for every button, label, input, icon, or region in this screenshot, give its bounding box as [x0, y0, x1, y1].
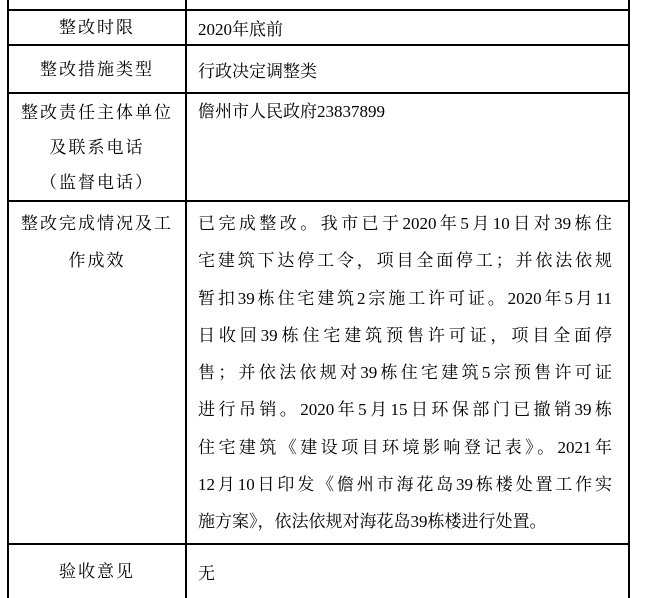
acceptance-value-cell: 无 — [187, 545, 630, 598]
partial-row-top-label-cell — [9, 0, 187, 11]
completion-value-cell: 已完成整改。我市已于2020年5月10日对39栋住 宅建筑下达停工令，项目全面停… — [187, 202, 630, 545]
completion-line-4: 日收回39栋住宅建筑预售许可证，项目全面停 — [198, 317, 612, 354]
acceptance-value: 无 — [198, 559, 215, 584]
measure-type-value-cell: 行政决定调整类 — [187, 46, 630, 94]
responsible-unit-label-line3: （监督电话） — [40, 165, 154, 200]
completion-label-cell: 整改完成情况及工 作成效 — [9, 202, 187, 545]
responsible-unit-label-line1: 整改责任主体单位 — [21, 95, 173, 130]
responsible-unit-value-cell: 儋州市人民政府23837899 — [187, 94, 630, 202]
completion-label-line2: 作成效 — [69, 242, 126, 279]
deadline-value: 2020年底前 — [198, 15, 283, 40]
partial-row-top-value-cell — [187, 0, 630, 11]
responsible-unit-label-cell: 整改责任主体单位 及联系电话 （监督电话） — [9, 94, 187, 202]
completion-line-3: 暂扣39栋住宅建筑2宗施工许可证。2020年5月11 — [198, 280, 612, 317]
responsible-unit-value: 儋州市人民政府23837899 — [198, 102, 385, 121]
measure-type-value: 行政决定调整类 — [198, 57, 317, 82]
measure-type-label: 整改措施类型 — [40, 52, 154, 87]
responsible-unit-label-line2: 及联系电话 — [50, 130, 145, 165]
completion-label-line1: 整改完成情况及工 — [21, 205, 173, 242]
document-page: 整改时限 2020年底前 整改措施类型 行政决定调整类 整改责任主体单位 及联系… — [0, 0, 649, 598]
deadline-label-cell: 整改时限 — [9, 11, 187, 46]
completion-line-6: 进行吊销。2020年5月15日环保部门已撤销39栋 — [198, 391, 612, 428]
acceptance-label-cell: 验收意见 — [9, 545, 187, 598]
completion-line-2: 宅建筑下达停工令，项目全面停工；并依法依规 — [198, 242, 612, 279]
deadline-label: 整改时限 — [59, 11, 135, 45]
completion-line-7: 住宅建筑《建设项目环境影响登记表》。2021年 — [198, 429, 612, 466]
rectification-table: 整改时限 2020年底前 整改措施类型 行政决定调整类 整改责任主体单位 及联系… — [7, 0, 630, 598]
completion-line-1: 已完成整改。我市已于2020年5月10日对39栋住 — [198, 205, 612, 242]
deadline-value-cell: 2020年底前 — [187, 11, 630, 46]
completion-line-5: 售；并依法依规对39栋住宅建筑5宗预售许可证 — [198, 354, 612, 391]
acceptance-label: 验收意见 — [59, 554, 135, 589]
completion-line-9: 施方案》，依法依规对海花岛39栋楼进行处置。 — [198, 503, 612, 540]
measure-type-label-cell: 整改措施类型 — [9, 46, 187, 94]
completion-line-8: 12月10日印发《儋州市海花岛39栋楼处置工作实 — [198, 466, 612, 503]
